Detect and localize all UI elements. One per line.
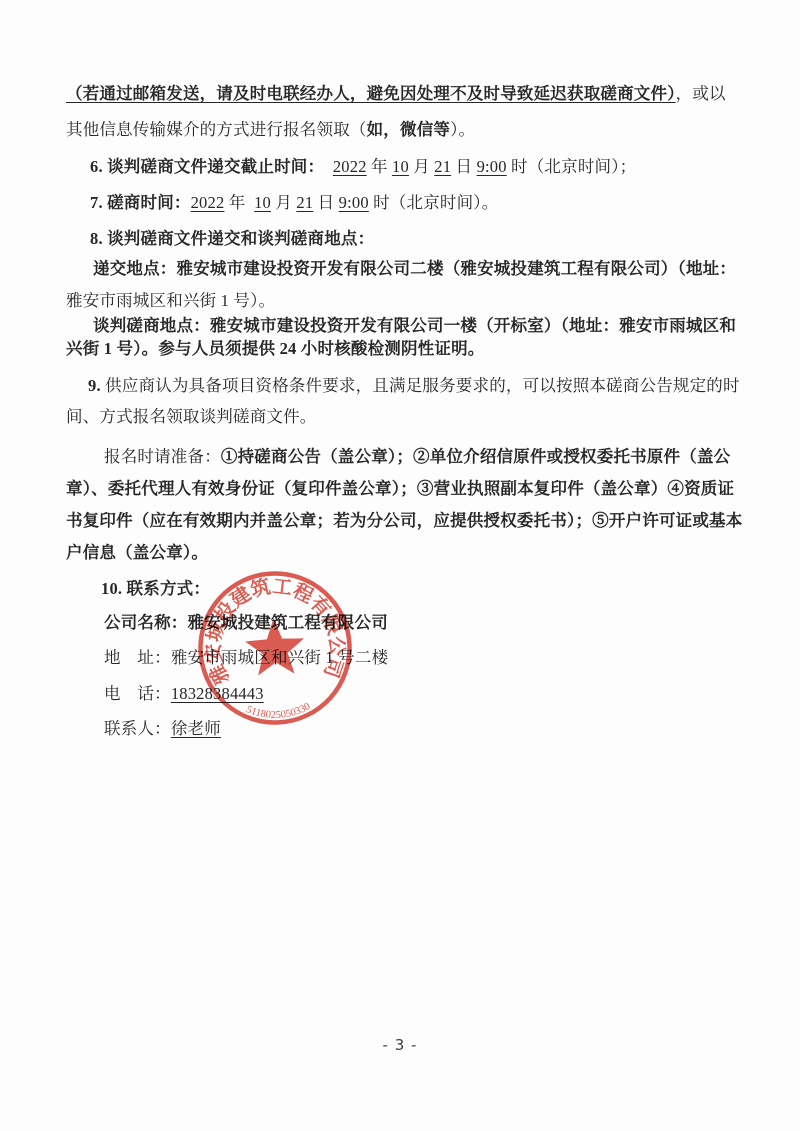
item7-sep3: 日 bbox=[313, 193, 338, 212]
item6-year: 2022 bbox=[333, 157, 367, 176]
phone-value: 18328384443 bbox=[171, 684, 264, 703]
email-note-tail: ，或以 bbox=[676, 84, 726, 103]
prepare-line3: 书复印件（应在有效期内并盖公章；若为分公司，应提供授权委托书）；⑤开户许可证或基… bbox=[66, 510, 742, 532]
prepare-line4: 户信息（盖公章）。 bbox=[66, 542, 208, 564]
page-number: - 3 - bbox=[0, 1036, 800, 1054]
contact-person-value: 徐老师 bbox=[171, 719, 221, 738]
company-name-label: 公司名称： bbox=[104, 613, 188, 632]
document-page: （若通过邮箱发送，请及时电联经办人，避免因处理不及时导致延迟获取磋商文件），或以… bbox=[0, 0, 800, 1131]
prepare-line1: 报名时请准备：①持磋商公告（盖公章）；②单位介绍信原件或授权委托书原件（盖公 bbox=[104, 446, 730, 468]
item7-year: 2022 bbox=[191, 193, 225, 212]
item9-text1: 供应商认为具备项目资格条件要求，且满足服务要求的，可以按照本磋商公告规定的时 bbox=[101, 376, 740, 395]
item10-heading: 10. 联系方式： bbox=[101, 578, 210, 600]
email-note-bold-underline: （若通过邮箱发送，请及时电联经办人，避免因处理不及时导致延迟获取磋商文件） bbox=[66, 84, 676, 103]
item7-day: 21 bbox=[296, 193, 313, 212]
company-name-value: 雅安城投建筑工程有限公司 bbox=[188, 613, 388, 632]
address-value: 雅安市雨城区和兴街 1 号二楼 bbox=[171, 648, 389, 667]
submit-location-line1: 递交地点：雅安城市建设投资开发有限公司二楼（雅安城投建筑工程有限公司）（地址： bbox=[93, 258, 736, 280]
item7-month: 10 bbox=[254, 193, 271, 212]
submit-location-bold: 递交地点：雅安城市建设投资开发有限公司二楼（雅安城投建筑工程有限公司）（地址： bbox=[93, 259, 736, 278]
item6-sep1: 年 bbox=[367, 157, 392, 176]
phone-row: 电 话：18328384443 bbox=[104, 683, 264, 705]
item7-label: 7. 磋商时间： bbox=[90, 193, 191, 212]
item6-time: 9:00 bbox=[477, 157, 507, 176]
item6-day: 21 bbox=[434, 157, 451, 176]
item6-month: 10 bbox=[392, 157, 409, 176]
item7-time: 9:00 bbox=[339, 193, 369, 212]
address-label: 地 址： bbox=[104, 648, 171, 667]
email-note-line2: 其他信息传输媒介的方式进行报名领取（如，微信等）。 bbox=[66, 119, 475, 141]
prepare-line2: 章）、委托代理人有效身份证（复印件盖公章）；③营业执照副本复印件（盖公章）④资质… bbox=[66, 478, 734, 500]
item7-tail: 时（北京时间）。 bbox=[369, 193, 499, 212]
item7-sep2: 月 bbox=[271, 193, 296, 212]
phone-label: 电 话： bbox=[104, 684, 171, 703]
prepare-line1-bold: ①持磋商公告（盖公章）；②单位介绍信原件或授权委托书原件（盖公 bbox=[221, 447, 730, 466]
venue-line1: 谈判磋商地点：雅安城市建设投资开发有限公司一楼（开标室）（地址：雅安市雨城区和 bbox=[93, 315, 736, 337]
item7-meeting-time: 7. 磋商时间：2022 年 10 月 21 日 9:00 时（北京时间）。 bbox=[90, 192, 498, 214]
item7-sep1: 年 bbox=[224, 193, 254, 212]
item6-sep3: 日 bbox=[451, 157, 476, 176]
prepare-lead: 报名时请准备： bbox=[104, 447, 221, 466]
item6-tail: 时（北京时间）； bbox=[507, 157, 637, 176]
email-note-line2-pre: 其他信息传输媒介的方式进行报名领取（ bbox=[66, 120, 367, 139]
email-note-line2-post: ）。 bbox=[450, 120, 475, 139]
item8-heading: 8. 谈判磋商文件递交和谈判磋商地点： bbox=[90, 228, 374, 250]
email-note-line2-bold: 如，微信等 bbox=[367, 120, 451, 139]
item9-line2: 间、方式报名领取谈判磋商文件。 bbox=[66, 406, 317, 428]
contact-person-row: 联系人：徐老师 bbox=[104, 718, 221, 740]
item6-sep2: 月 bbox=[409, 157, 434, 176]
item6-gap bbox=[324, 157, 333, 176]
company-name-row: 公司名称：雅安城投建筑工程有限公司 bbox=[104, 612, 388, 634]
address-row: 地 址：雅安市雨城区和兴街 1 号二楼 bbox=[104, 647, 388, 669]
contact-person-label: 联系人： bbox=[104, 719, 171, 738]
submit-location-line2: 雅安市雨城区和兴街 1 号）。 bbox=[66, 290, 275, 312]
item9-line1: 9. 供应商认为具备项目资格条件要求，且满足服务要求的，可以按照本磋商公告规定的… bbox=[88, 375, 740, 397]
email-note-line1: （若通过邮箱发送，请及时电联经办人，避免因处理不及时导致延迟获取磋商文件），或以 bbox=[66, 83, 726, 105]
item6-deadline: 6. 谈判磋商文件递交截止时间： 2022 年 10 月 21 日 9:00 时… bbox=[90, 156, 636, 178]
item9-number: 9. bbox=[88, 376, 101, 395]
item6-label: 6. 谈判磋商文件递交截止时间： bbox=[90, 157, 324, 176]
venue-line2: 兴街 1 号）。参与人员须提供 24 小时核酸检测阴性证明。 bbox=[66, 338, 485, 360]
